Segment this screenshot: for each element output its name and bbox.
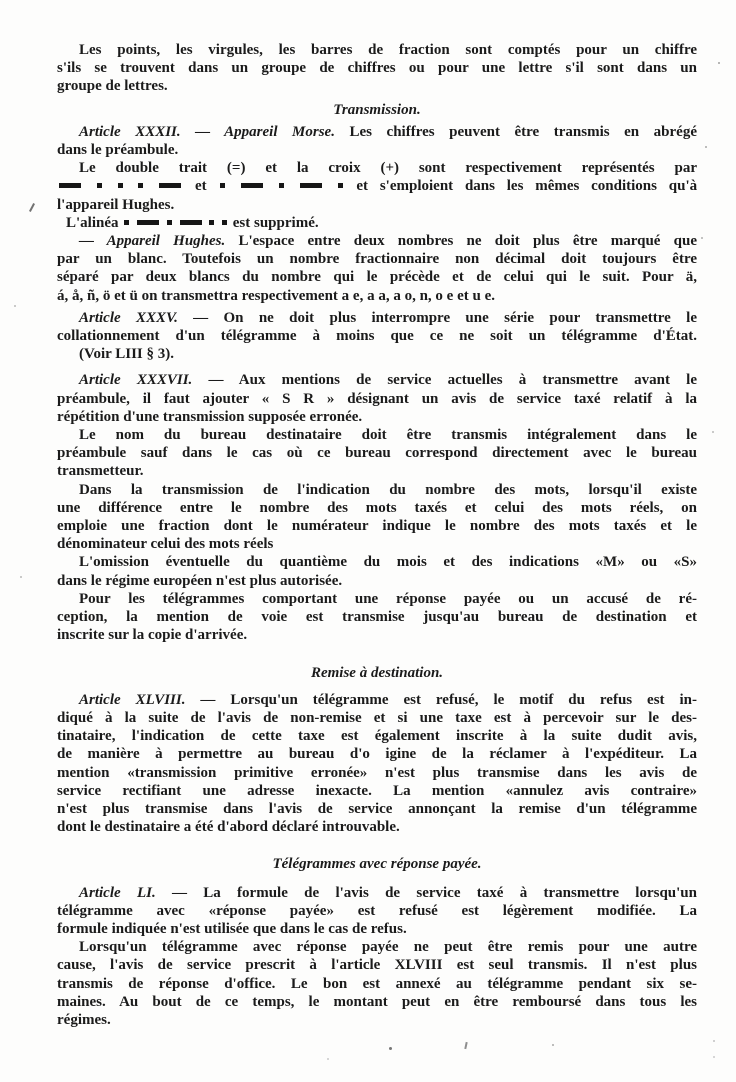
text-line: (Voir LIII § 3).: [57, 345, 697, 363]
morse-dash-icon: [241, 183, 263, 188]
text-line: séparé par deux blancs du nombre qui le …: [57, 268, 697, 286]
text-line: L'omission éventuelle du quantième du mo…: [57, 553, 697, 571]
text-run: — On ne doit plus interrompre une série …: [178, 310, 697, 326]
morse-dot-icon: [279, 183, 284, 188]
morse-dot-icon: [220, 183, 225, 188]
text-run: préambule, il faut ajouter « S R » désig…: [57, 391, 697, 407]
scan-speck: [701, 237, 703, 239]
text-run: est supprimé.: [229, 215, 319, 231]
scan-speck: [327, 1058, 329, 1060]
text-run: L'alinéa: [66, 215, 122, 231]
text-run: et s'emploient dans les mêmes conditions…: [345, 178, 698, 194]
text-line: de manière à permettre au bureau d'o igi…: [57, 745, 697, 763]
text-line: n'est plus transmise dans l'avis de serv…: [57, 800, 697, 818]
text-line: groupe de lettres.: [57, 77, 697, 95]
italic-text: — Appareil Hughes.: [79, 233, 225, 249]
text-line: dont le destinataire a été d'abord décla…: [57, 818, 697, 836]
italic-text: Article XXXVII.: [79, 372, 192, 388]
text-line: s'ils se trouvent dans un groupe de chif…: [57, 59, 697, 77]
text-run: service rectifiant une adresse inexacte.…: [57, 783, 697, 799]
document-page: Les points, les virgules, les barres de …: [0, 0, 736, 1082]
morse-dot-icon: [167, 220, 172, 225]
text-line: emploie une fraction dont le numérateur …: [57, 517, 697, 535]
text-run: (Voir LIII § 3).: [79, 346, 174, 362]
text-run: L'omission éventuelle du quantième du mo…: [79, 554, 697, 570]
text-run: groupe de lettres.: [57, 78, 168, 94]
section-heading: Télégrammes avec réponse payée.: [57, 855, 697, 873]
paragraph: L'omission éventuelle du quantième du mo…: [57, 553, 697, 589]
text-run: emploie une fraction dont le numérateur …: [57, 518, 697, 534]
text-run: transmis de réponse d'office. Le bon est…: [57, 976, 697, 992]
text-line: Le nom du bureau destinataire doit être …: [57, 426, 697, 444]
text-line: dans le régime européen n'est plus autor…: [57, 572, 697, 590]
morse-dash-icon: [159, 183, 181, 188]
paragraph: Article XXXVII. — Aux mentions de servic…: [57, 371, 697, 426]
text-run: dénominateur celui des mots réels: [57, 536, 273, 552]
italic-text: Article LI.: [79, 885, 156, 901]
text-line: répétition d'une transmission supposée e…: [57, 408, 697, 426]
morse-dot-icon: [209, 220, 214, 225]
text-run: Pour les télégrammes comportant une répo…: [79, 591, 697, 607]
scan-speck: [718, 62, 720, 64]
paragraph: — Appareil Hughes. L'espace entre deux n…: [57, 232, 697, 305]
text-line: préambule, il faut ajouter « S R » désig…: [57, 390, 697, 408]
morse-dot-icon: [138, 183, 143, 188]
morse-sequence: [122, 215, 229, 231]
text-line: collationnement d'un télégramme à moins …: [57, 327, 697, 345]
morse-dot-icon: [338, 183, 343, 188]
morse-dot-icon: [118, 183, 123, 188]
paragraph: Article XXXII. — Appareil Morse. Les chi…: [57, 123, 697, 159]
scan-speck: [712, 431, 714, 433]
text-run: Le double trait (=) et la croix (+) sont…: [79, 160, 697, 176]
text-line: préambule sauf dans le cas où ce bureau …: [57, 444, 697, 462]
text-run: une différence entre le nombre des mots …: [57, 500, 697, 516]
paragraph: Lorsqu'un télégramme avec réponse payée …: [57, 938, 697, 1029]
text-line: Les points, les virgules, les barres de …: [57, 41, 697, 59]
scan-speck: [713, 1040, 715, 1042]
text-run: transmetteur.: [57, 463, 144, 479]
text-line: par un blanc. Toutefois un nombre fracti…: [57, 250, 697, 268]
text-run: l'appareil Hughes.: [57, 197, 174, 213]
text-run: Lorsqu'un télégramme avec réponse payée …: [79, 939, 697, 955]
text-line: ception, la mention de voie est transmis…: [57, 608, 697, 626]
paragraph: Le double trait (=) et la croix (+) sont…: [57, 159, 697, 214]
text-line: Pour les télégrammes comportant une répo…: [57, 590, 697, 608]
text-line: mention «transmission primitive erronée»…: [57, 764, 697, 782]
text-line: cause, l'avis de service prescrit à l'ar…: [57, 956, 697, 974]
text-line: Dans la transmission de l'indication du …: [57, 481, 697, 499]
text-run: Le nom du bureau destinataire doit être …: [79, 427, 697, 443]
text-line: Article LI. — La formule de l'avis de se…: [57, 884, 697, 902]
text-line: transmis de réponse d'office. Le bon est…: [57, 975, 697, 993]
text-run: Les points, les virgules, les barres de …: [79, 42, 697, 58]
text-run: ception, la mention de voie est transmis…: [57, 609, 697, 625]
text-line: Article XLVIII. — Lorsqu'un télégramme e…: [57, 691, 697, 709]
paragraph: L'alinéa est supprimé.: [57, 214, 697, 232]
paragraph: Dans la transmission de l'indication du …: [57, 481, 697, 554]
text-line: Lorsqu'un télégramme avec réponse payée …: [57, 938, 697, 956]
scan-speck: [20, 576, 22, 578]
text-run: á, å, ñ, ö et ü on transmettra respectiv…: [57, 288, 495, 304]
paragraph: Article LI. — La formule de l'avis de se…: [57, 884, 697, 939]
morse-sequence: [57, 178, 183, 194]
text-line: et et s'emploient dans les mêmes conditi…: [57, 177, 697, 195]
text-line: transmetteur.: [57, 462, 697, 480]
scan-stray-mark: [29, 203, 35, 212]
text-run: de manière à permettre au bureau d'o igi…: [57, 746, 697, 762]
text-run: — Lorsqu'un télégramme est refusé, le mo…: [185, 692, 697, 708]
text-line: — Appareil Hughes. L'espace entre deux n…: [57, 232, 697, 250]
morse-dot-icon: [124, 220, 129, 225]
text-run: — La formule de l'avis de service taxé à…: [156, 885, 697, 901]
text-line: Article XXXII. — Appareil Morse. Les chi…: [57, 123, 697, 141]
text-run: par un blanc. Toutefois un nombre fracti…: [57, 251, 697, 267]
text-run: n'est plus transmise dans l'avis de serv…: [57, 801, 697, 817]
text-line: formule indiquée n'est utilisée que dans…: [57, 920, 697, 938]
text-line: á, å, ñ, ö et ü on transmettra respectiv…: [57, 287, 697, 305]
text-line: dénominateur celui des mots réels: [57, 535, 697, 553]
morse-dash-icon: [137, 220, 159, 225]
text-line: Le double trait (=) et la croix (+) sont…: [57, 159, 697, 177]
section-heading: Transmission.: [57, 101, 697, 119]
paragraph: Pour les télégrammes comportant une répo…: [57, 590, 697, 645]
text-line: inscrite sur la copie d'arrivée.: [57, 626, 697, 644]
morse-dash-icon: [180, 220, 202, 225]
text-run: régimes.: [57, 1012, 111, 1028]
section-heading: Remise à destination.: [57, 664, 697, 682]
text-run: — Aux mentions de service actuelles à tr…: [192, 372, 697, 388]
text-run: dans le préambule.: [57, 142, 178, 158]
morse-dash-icon: [300, 183, 322, 188]
text-run: s'ils se trouvent dans un groupe de chif…: [57, 60, 697, 76]
text-run: cause, l'avis de service prescrit à l'ar…: [57, 957, 697, 973]
text-line: Article XXXV. — On ne doit plus interrom…: [57, 309, 697, 327]
paragraph: Le nom du bureau destinataire doit être …: [57, 426, 697, 481]
italic-text: Article XXXV.: [79, 310, 178, 326]
text-run: Les chiffres peuvent être transmis en ab…: [335, 124, 697, 140]
scan-speck: [14, 305, 16, 307]
text-run: inscrite sur la copie d'arrivée.: [57, 627, 247, 643]
text-run: et: [183, 178, 218, 194]
scan-speck: [705, 146, 707, 148]
text-line: Article XXXVII. — Aux mentions de servic…: [57, 371, 697, 389]
morse-dot-icon: [222, 220, 227, 225]
text-line: une différence entre le nombre des mots …: [57, 499, 697, 517]
document-content: Les points, les virgules, les barres de …: [57, 41, 697, 1029]
scan-stray-mark: [464, 1042, 467, 1049]
scan-speck: [389, 1047, 392, 1050]
text-line: diqué à la suite de l'avis de non-remise…: [57, 709, 697, 727]
paragraph: Article XXXV. — On ne doit plus interrom…: [57, 309, 697, 364]
text-line: dans le préambule.: [57, 141, 697, 159]
text-run: télégramme avec «réponse payée» est refu…: [57, 903, 697, 919]
text-line: tinataire, l'indication de cette taxe es…: [57, 727, 697, 745]
text-line: service rectifiant une adresse inexacte.…: [57, 782, 697, 800]
text-line: maines. Au bout de ce temps, le montant …: [57, 993, 697, 1011]
text-run: L'espace entre deux nombres ne doit plus…: [225, 233, 697, 249]
text-run: tinataire, l'indication de cette taxe es…: [57, 728, 697, 744]
scan-speck: [552, 1044, 554, 1046]
morse-dash-icon: [59, 183, 81, 188]
text-run: mention «transmission primitive erronée»…: [57, 765, 697, 781]
paragraph: Les points, les virgules, les barres de …: [57, 41, 697, 96]
morse-dot-icon: [97, 183, 102, 188]
text-line: régimes.: [57, 1011, 697, 1029]
text-run: dans le régime européen n'est plus autor…: [57, 573, 342, 589]
italic-text: Article XXXII. — Appareil Morse.: [79, 124, 335, 140]
text-run: préambule sauf dans le cas où ce bureau …: [57, 445, 697, 461]
paragraph: Article XLVIII. — Lorsqu'un télégramme e…: [57, 691, 697, 837]
italic-text: Article XLVIII.: [79, 692, 185, 708]
text-run: Dans la transmission de l'indication du …: [79, 482, 697, 498]
text-run: collationnement d'un télégramme à moins …: [57, 328, 697, 344]
text-run: dont le destinataire a été d'abord décla…: [57, 819, 400, 835]
text-run: formule indiquée n'est utilisée que dans…: [57, 921, 407, 937]
text-run: séparé par deux blancs du nombre qui le …: [57, 269, 697, 285]
text-line: télégramme avec «réponse payée» est refu…: [57, 902, 697, 920]
text-run: diqué à la suite de l'avis de non-remise…: [57, 710, 697, 726]
scan-speck: [713, 1056, 715, 1058]
text-line: l'appareil Hughes.: [57, 196, 697, 214]
text-run: maines. Au bout de ce temps, le montant …: [57, 994, 697, 1010]
morse-sequence: [218, 178, 344, 194]
text-line: L'alinéa est supprimé.: [57, 214, 697, 232]
text-run: répétition d'une transmission supposée e…: [57, 409, 362, 425]
